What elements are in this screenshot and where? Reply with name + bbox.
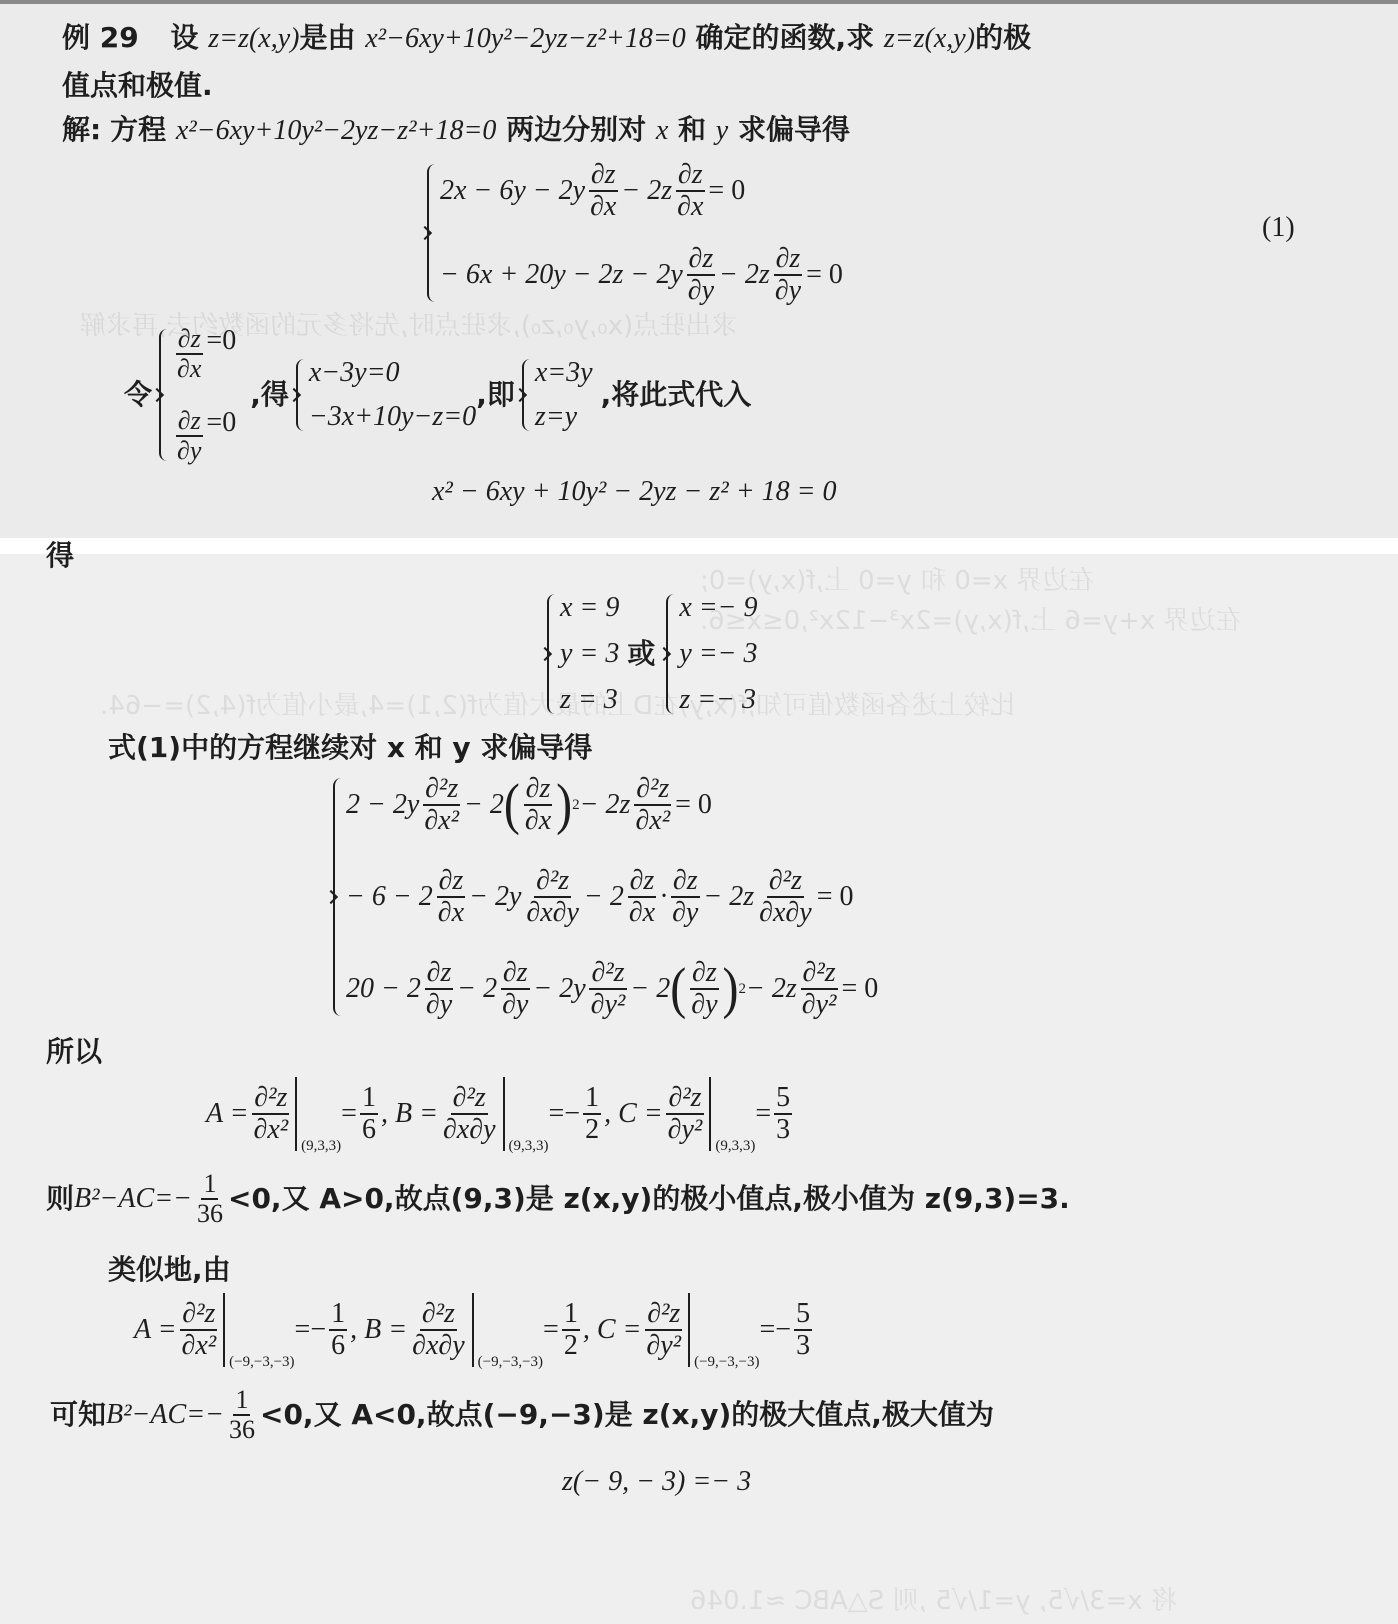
system2-row1: 2 − 2y ∂²z∂x² − 2 (∂z∂x)2 − 2z ∂²z∂x² = … (346, 774, 878, 836)
example-label: 例 29 (62, 21, 139, 54)
problem-statement-line2: 值点和极值. (62, 68, 213, 104)
de-label: 得 (46, 538, 74, 574)
problem-statement-line1: 例 29 设 z=z(x,y)是由 x²−6xy+10y²−2yz−z²+18=… (62, 20, 1031, 57)
left-brace (289, 355, 305, 435)
solution-label: 解: (62, 113, 101, 146)
critical-points: x = 9 y = 3 z = 3 或 x =− 9 y =− 3 z =− 3 (540, 590, 758, 718)
hessian-values-max: A = ∂²z∂x² (−9,−3,−3) =− 16 , B = ∂²z∂x∂… (134, 1290, 815, 1370)
system2-row3: 20 − 2 ∂z∂y − 2 ∂z∂y − 2y ∂²z∂y² − 2 (∂z… (346, 958, 878, 1020)
suoyi-label: 所以 (46, 1034, 102, 1070)
critical-point-conditions: 令 ∂z∂x=0 ∂z∂y=0 ,得 x−3y=0 −3x+10y−z=0 ,即… (124, 322, 751, 468)
system1-row2: − 6x + 20y − 2z − 2y ∂z∂y − 2z ∂z∂y = 0 (440, 244, 843, 306)
bleed-through-text: 在边界 x+y=6 上,f(x,y)=2x³−12x²,0≤x≤6. (700, 600, 1242, 637)
min-conclusion: 则 B²−AC=− 136 <0,又 A>0,故点(9,3)是 z(x,y)的极… (46, 1166, 1070, 1232)
implicit-equation: x²−6xy+10y²−2yz−z²+18=0 (365, 23, 685, 54)
left-brace (540, 590, 556, 718)
page-divider (0, 538, 1398, 554)
equation-number: (1) (1262, 212, 1295, 244)
system2-row2: − 6 − 2 ∂z∂x − 2y ∂²z∂x∂y − 2 ∂z∂x · ∂z∂… (346, 866, 878, 928)
left-brace (659, 590, 675, 718)
system1-row1: 2x − 6y − 2y ∂z∂x − 2z ∂z∂x = 0 (440, 160, 843, 222)
max-conclusion: 可知 B²−AC=− 136 <0,又 A<0,故点(−9,−3)是 z(x,y… (50, 1382, 994, 1448)
left-brace (326, 774, 342, 1020)
second-derivative-system: 2 − 2y ∂²z∂x² − 2 (∂z∂x)2 − 2z ∂²z∂x² = … (326, 774, 878, 1020)
similarly-label: 类似地,由 (108, 1252, 231, 1288)
left-brace (515, 355, 531, 435)
first-derivative-system: 2x − 6y − 2y ∂z∂x − 2z ∂z∂x = 0 − 6x + 2… (420, 160, 843, 306)
bleed-through-text: 在边界 x=0 和 y=0 上,f(x,y)=0; (700, 560, 1094, 597)
bleed-through-text: 将 x=3/√5, y=1/√5 ,则 S△ABC ≈1.046 (690, 1580, 1177, 1617)
solution-intro: 解: 方程 x²−6xy+10y²−2yz−z²+18=0 两边分别对 x 和 … (62, 112, 850, 149)
left-brace (420, 160, 436, 306)
second-derivative-intro: 式(1)中的方程继续对 x 和 y 求偏导得 (108, 730, 592, 766)
hessian-values-min: A = ∂²z∂x² (9,3,3) = 16 , B = ∂²z∂x∂y (9… (206, 1074, 795, 1154)
substituted-equation: x² − 6xy + 10y² − 2yz − z² + 18 = 0 (432, 474, 836, 510)
max-value: z(− 9, − 3) =− 3 (562, 1464, 751, 1500)
left-brace (152, 325, 168, 465)
